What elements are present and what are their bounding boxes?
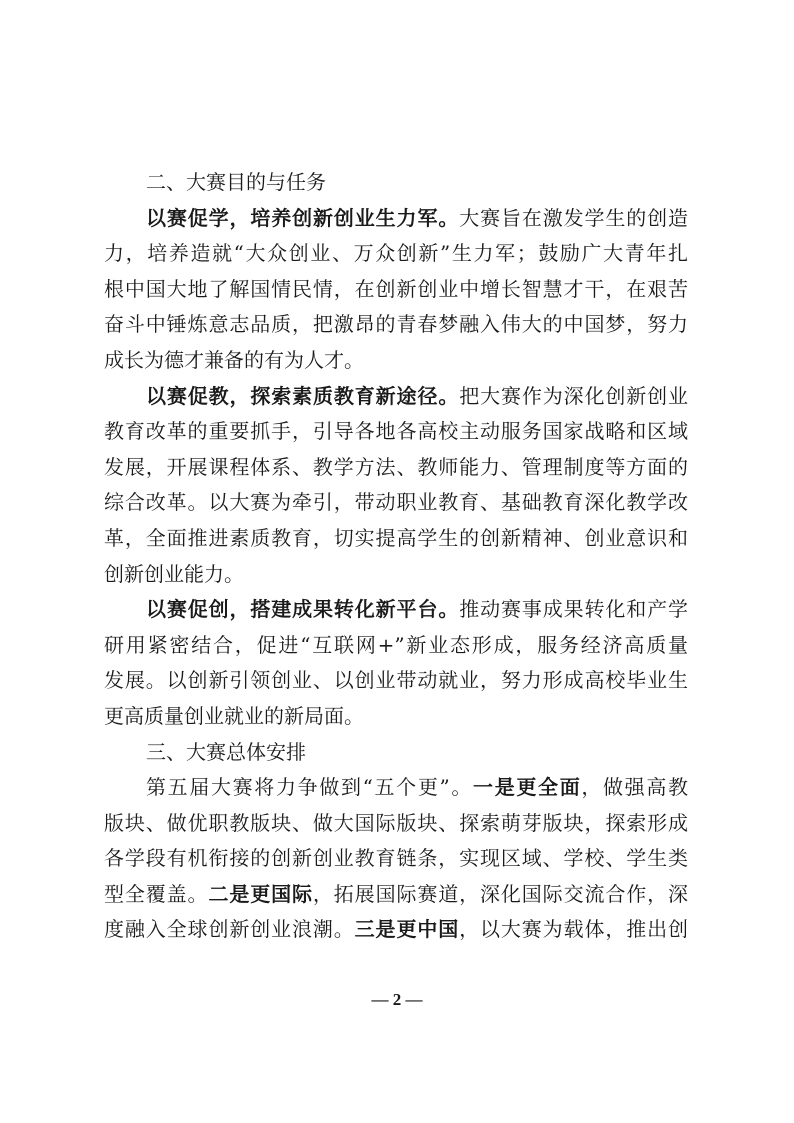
bold-phrase: 二是更国际 [208,882,312,906]
section-heading-3: 三、大赛总体安排 [104,735,688,771]
paragraph-4-line: 度融入全球创新创业浪潮。三是更中国，以大赛为载体，推出创 [104,912,688,948]
paragraph-2-line: 以赛促教，探索素质教育新途径。把大赛作为深化创新创业 [104,379,688,415]
bold-lead: 以赛促教，探索素质教育新途径。 [146,384,459,408]
paragraph-2-line: 综合改革。以大赛为牵引，带动职业教育、基础教育深化教学改 [104,485,688,521]
paragraph-2-line: 革，全面推进素质教育，切实提高学生的创新精神、创业意识和 [104,521,688,557]
paragraph-2-line: 发展，开展课程体系、教学方法、教师能力、管理制度等方面的 [104,450,688,486]
paragraph-1-line: 成长为德才兼备的有为人才。 [104,343,688,379]
page-number: — 2 — [0,990,794,1010]
paragraph-4-line: 版块、做优职教版块、做大国际版块、探索萌芽版块，探索形成 [104,806,688,842]
paragraph-4-line: 第五届大赛将力争做到“五个更”。一是更全面，做强高教 [104,770,688,806]
paragraph-1-line: 奋斗中锤炼意志品质，把激昂的青春梦融入伟大的中国梦，努力 [104,307,688,343]
paragraph-1-line: 根中国大地了解国情民情，在创新创业中增长智慧才干，在艰苦 [104,272,688,308]
bold-phrase: 一是更全面 [473,775,581,799]
section-heading-2: 二、大赛目的与任务 [104,165,688,201]
bold-phrase: 三是更中国 [355,917,459,941]
paragraph-3-line: 以赛促创，搭建成果转化新平台。推动赛事成果转化和产学 [104,592,688,628]
bold-lead: 以赛促创，搭建成果转化新平台。 [146,597,459,621]
paragraph-1-line: 以赛促学，培养创新创业生力军。大赛旨在激发学生的创造 [104,201,688,237]
document-page: 二、大赛目的与任务 以赛促学，培养创新创业生力军。大赛旨在激发学生的创造 力，培… [104,165,688,948]
paragraph-4-line: 各学段有机衔接的创新创业教育链条，实现区域、学校、学生类 [104,841,688,877]
bold-lead: 以赛促学，培养创新创业生力军。 [146,206,459,230]
paragraph-2-line: 教育改革的重要抓手，引导各地各高校主动服务国家战略和区域 [104,414,688,450]
paragraph-1-line: 力，培养造就“大众创业、万众创新”生力军；鼓励广大青年扎 [104,236,688,272]
paragraph-2-line: 创新创业能力。 [104,557,688,593]
paragraph-3-line: 更高质量创业就业的新局面。 [104,699,688,735]
paragraph-3-line: 发展。以创新引领创业、以创业带动就业，努力形成高校毕业生 [104,663,688,699]
paragraph-4-line: 型全覆盖。二是更国际，拓展国际赛道，深化国际交流合作，深 [104,877,688,913]
paragraph-3-line: 研用紧密结合，促进“互联网+”新业态形成，服务经济高质量 [104,628,688,664]
